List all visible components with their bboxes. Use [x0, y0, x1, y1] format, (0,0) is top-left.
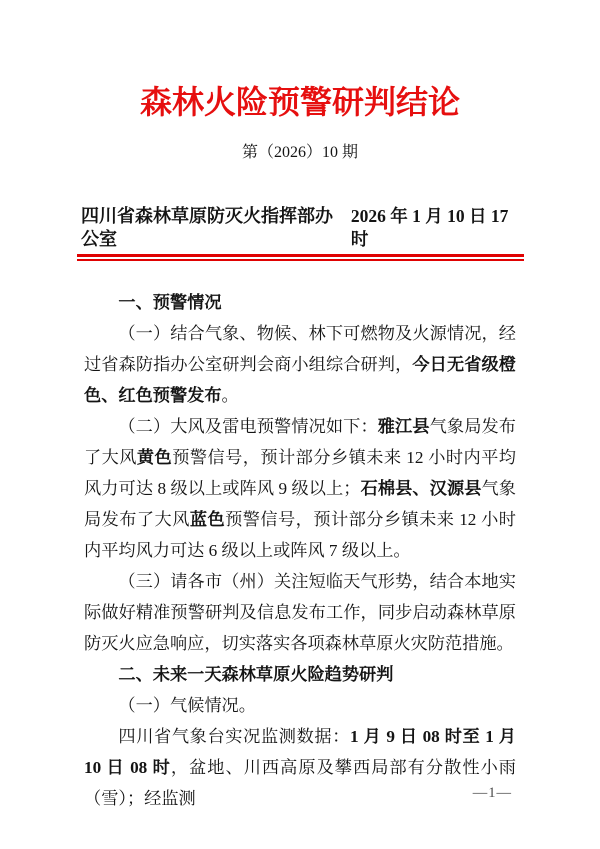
issuing-office: 四川省森林草原防灭火指挥部办公室 [81, 205, 351, 251]
document-page: 森林火险预警研判结论 第（2026）10 期 四川省森林草原防灭火指挥部办公室 … [0, 0, 600, 849]
document-title: 森林火险预警研判结论 [0, 84, 600, 121]
section-heading: 一、预警情况 [84, 287, 516, 318]
emphasis-text: 石棉县、汉源县 [360, 478, 481, 498]
emphasis-text: 蓝色 [190, 509, 225, 529]
emphasis-text: 雅江县 [378, 416, 430, 436]
document-body: 一、预警情况（一）结合气象、物候、林下可燃物及火源情况，经过省森防指办公室研判会… [84, 287, 516, 814]
plain-text: 四川省气象台实况监测数据： [118, 727, 350, 746]
page-number: —1— [473, 785, 512, 802]
body-paragraph: （一）结合气象、物候、林下可燃物及火源情况，经过省森防指办公室研判会商小组综合研… [84, 318, 516, 411]
emphasis-text: 黄色 [137, 447, 172, 467]
body-paragraph: （二）大风及雷电预警情况如下：雅江县气象局发布了大风黄色预警信号，预计部分乡镇未… [84, 411, 516, 566]
body-paragraph: （一）气候情况。 [84, 690, 516, 721]
red-separator-rule [77, 254, 524, 261]
issue-number: 第（2026）10 期 [0, 143, 600, 163]
plain-text: （一）气候情况。 [118, 696, 256, 715]
issue-datetime: 2026 年 1 月 10 日 17 时 [351, 205, 519, 251]
document-header-row: 四川省森林草原防灭火指挥部办公室 2026 年 1 月 10 日 17 时 [81, 205, 519, 251]
plain-text: 。 [222, 386, 239, 405]
plain-text: （三）请各市（州）关注短临天气形势，结合本地实际做好精准预警研判及信息发布工作，… [84, 572, 516, 653]
section-heading: 二、未来一天森林草原火险趋势研判 [84, 659, 516, 690]
plain-text: （二）大风及雷电预警情况如下： [118, 417, 377, 436]
body-paragraph: （三）请各市（州）关注短临天气形势，结合本地实际做好精准预警研判及信息发布工作，… [84, 566, 516, 659]
body-paragraph: 四川省气象台实况监测数据：1 月 9 日 08 时至 1 月 10 日 08 时… [84, 721, 516, 814]
